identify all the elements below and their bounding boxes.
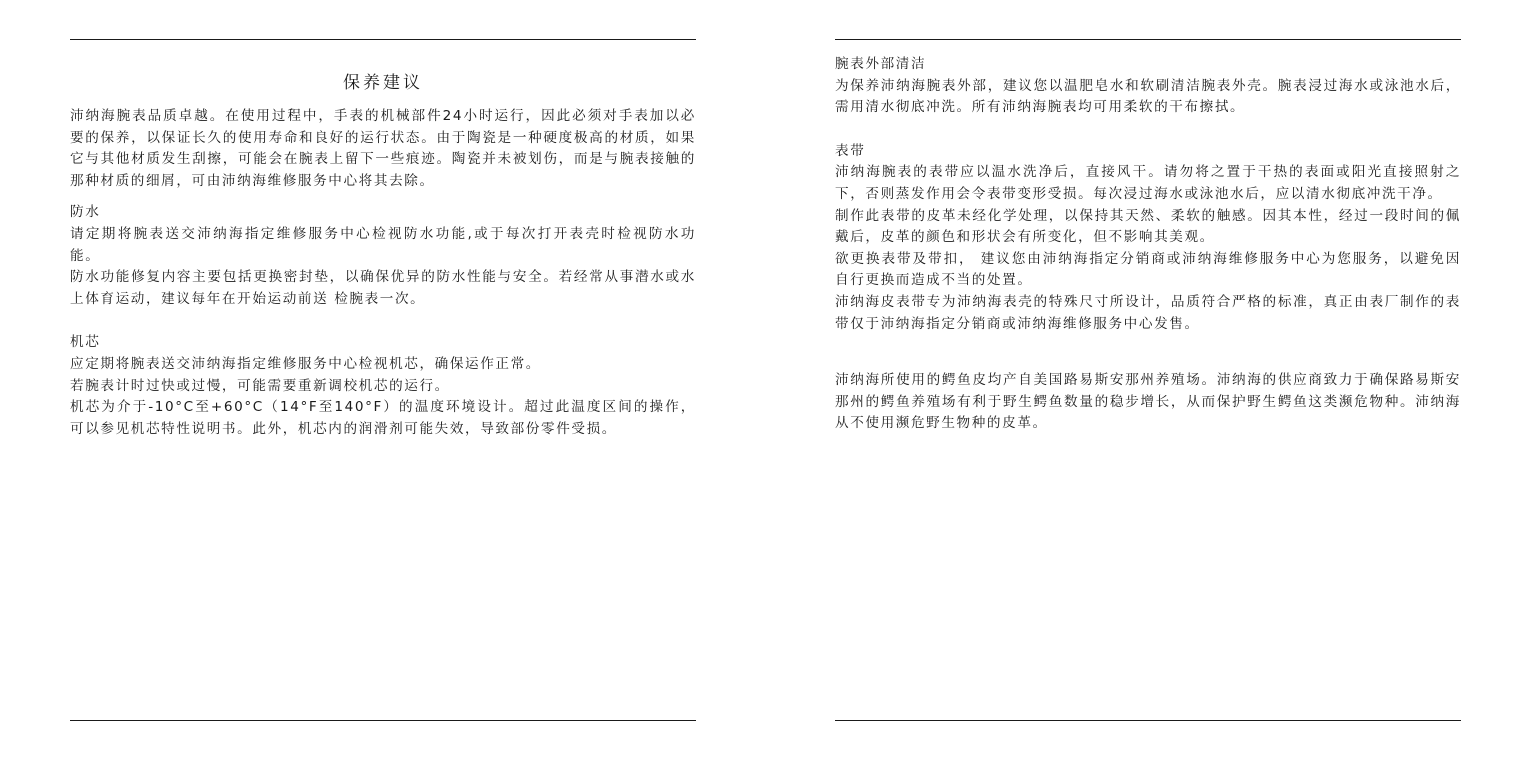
- section-waterproof: 防水 请定期将腕表送交沛纳海指定维修服务中心检视防水功能,或于每次打开表壳时检视…: [70, 202, 696, 310]
- left-content: 沛纳海腕表品质卓越。在使用过程中，手表的机械部件24小时运行，因此必须对手表加以…: [70, 106, 696, 440]
- top-rule: [70, 39, 696, 40]
- section-exterior-cleaning: 腕表外部清洁 为保养沛纳海腕表外部，建议您以温肥皂水和软刷清洁腕表外壳。腕表浸过…: [835, 54, 1461, 119]
- paragraph: 沛纳海腕表的表带应以温水洗净后，直接风干。请勿将之置于干热的表面或阳光直接照射之…: [835, 162, 1461, 205]
- section-movement: 机芯 应定期将腕表送交沛纳海指定维修服务中心检视机芯，确保运作正常。 若腕表计时…: [70, 332, 696, 440]
- top-rule: [835, 39, 1461, 40]
- section-strap: 表带 沛纳海腕表的表带应以温水洗净后，直接风干。请勿将之置于干热的表面或阳光直接…: [835, 141, 1461, 335]
- right-page: 腕表外部清洁 为保养沛纳海腕表外部，建议您以温肥皂水和软刷清洁腕表外壳。腕表浸过…: [835, 0, 1461, 765]
- closing-block: 沛纳海所使用的鳄鱼皮均产自美国路易斯安那州养殖场。沛纳海的供应商致力于确保路易斯…: [835, 370, 1461, 435]
- bottom-rule: [70, 720, 696, 721]
- left-page: 保养建议 沛纳海腕表品质卓越。在使用过程中，手表的机械部件24小时运行，因此必须…: [70, 0, 696, 765]
- page-title: 保养建议: [70, 68, 696, 93]
- section-heading: 防水: [70, 202, 696, 224]
- paragraph: 若腕表计时过快或过慢，可能需要重新调校机芯的运行。: [70, 376, 696, 398]
- paragraph: 沛纳海皮表带专为沛纳海表壳的特殊尺寸所设计，品质符合严格的标准，真正由表厂制作的…: [835, 292, 1461, 335]
- right-content: 腕表外部清洁 为保养沛纳海腕表外部，建议您以温肥皂水和软刷清洁腕表外壳。腕表浸过…: [835, 54, 1461, 335]
- paragraph: 请定期将腕表送交沛纳海指定维修服务中心检视防水功能,或于每次打开表壳时检视防水功…: [70, 224, 696, 267]
- paragraph: 欲更换表带及带扣， 建议您由沛纳海指定分销商或沛纳海维修服务中心为您服务，以避免…: [835, 249, 1461, 292]
- paragraph: 防水功能修复内容主要包括更换密封垫，以确保优异的防水性能与安全。若经常从事潜水或…: [70, 267, 696, 310]
- section-heading: 表带: [835, 141, 1461, 163]
- paragraph: 应定期将腕表送交沛纳海指定维修服务中心检视机芯，确保运作正常。: [70, 354, 696, 376]
- closing-paragraph: 沛纳海所使用的鳄鱼皮均产自美国路易斯安那州养殖场。沛纳海的供应商致力于确保路易斯…: [835, 370, 1461, 435]
- section-heading: 机芯: [70, 332, 696, 354]
- section-heading: 腕表外部清洁: [835, 54, 1461, 76]
- intro-paragraph: 沛纳海腕表品质卓越。在使用过程中，手表的机械部件24小时运行，因此必须对手表加以…: [70, 106, 696, 192]
- paragraph: 为保养沛纳海腕表外部，建议您以温肥皂水和软刷清洁腕表外壳。腕表浸过海水或泳池水后…: [835, 76, 1461, 119]
- bottom-rule: [835, 720, 1461, 721]
- paragraph: 机芯为介于-10°C至+60°C（14°F至140°F）的温度环境设计。超过此温…: [70, 397, 696, 440]
- paragraph: 制作此表带的皮革未经化学处理，以保持其天然、柔软的触感。因其本性，经过一段时间的…: [835, 206, 1461, 249]
